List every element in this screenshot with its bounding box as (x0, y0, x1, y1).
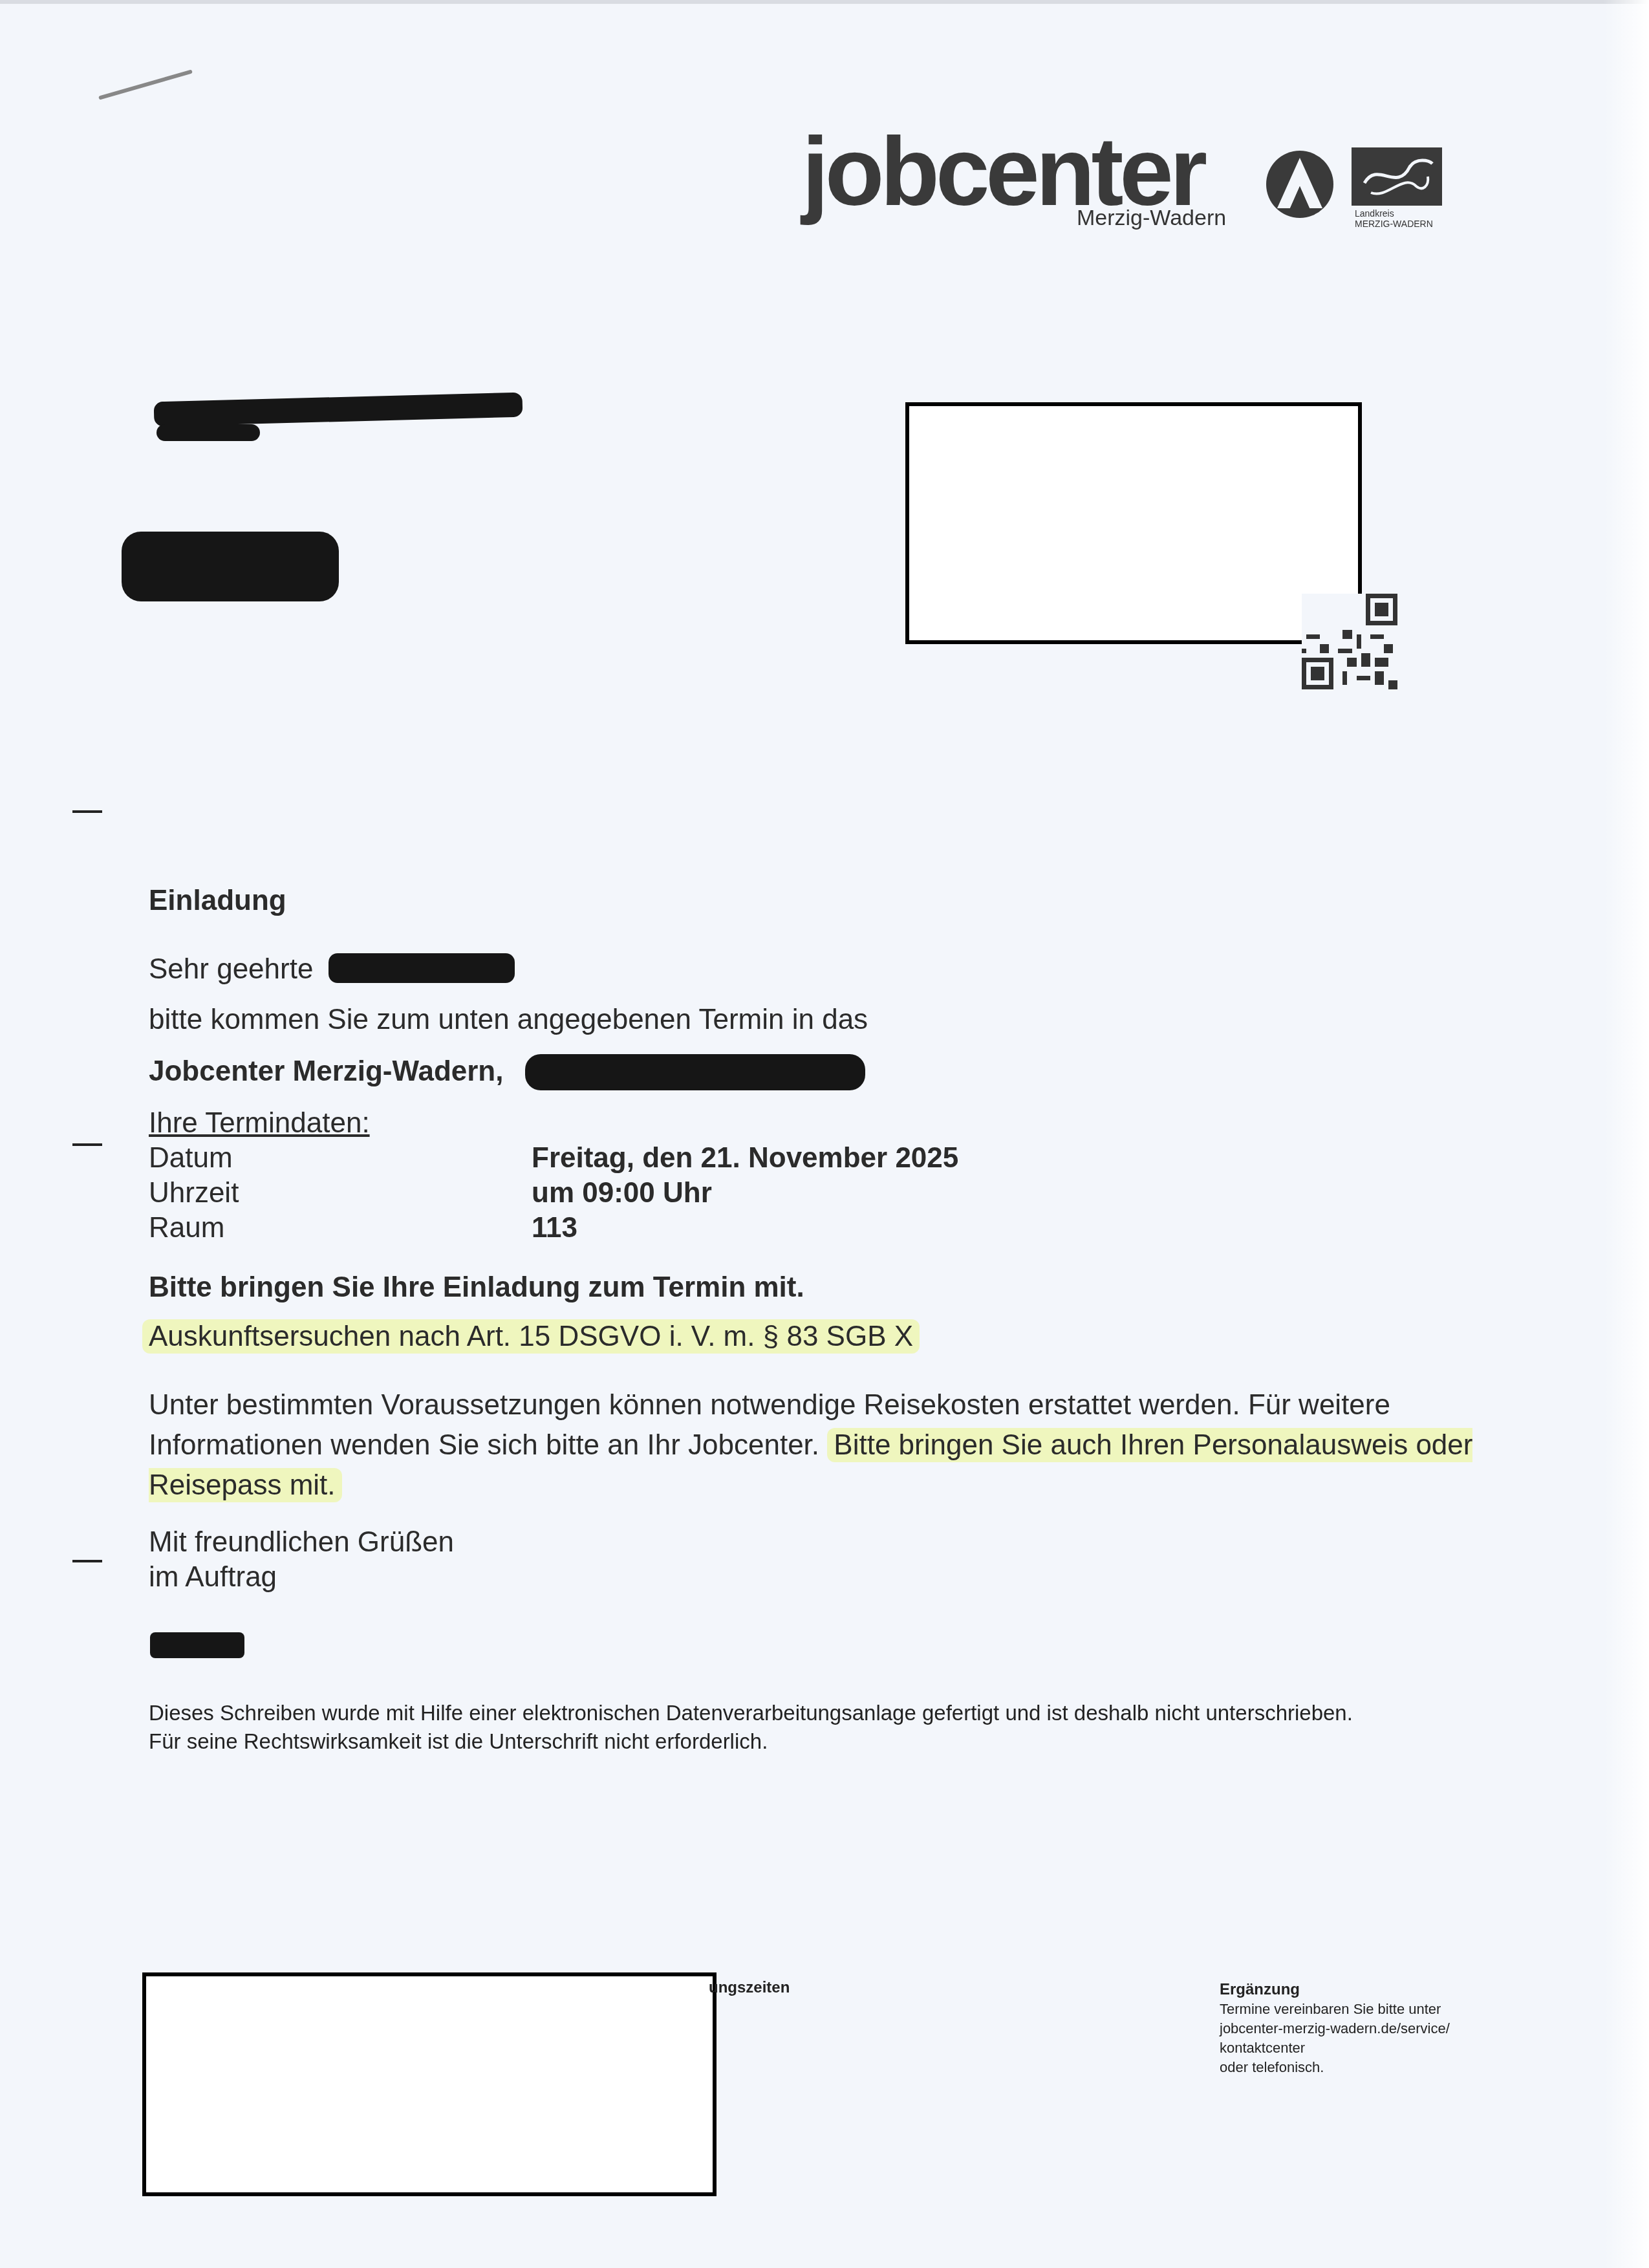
landkreis-label: Landkreis MERZIG-WADERN (1355, 208, 1433, 229)
location-line: Jobcenter Merzig-Wadern, (149, 1055, 503, 1088)
footer-supplement: Ergänzung Termine vereinbaren Sie bitte … (1220, 1980, 1450, 2077)
fold-mark-1 (72, 810, 102, 813)
pen-mark (98, 69, 193, 100)
appointment-value-date: Freitag, den 21. November 2025 (532, 1142, 958, 1174)
footer-opening-hours-heading: ungszeiten (709, 1979, 790, 1997)
redaction-recipient (122, 532, 339, 601)
scan-top-edge (0, 0, 1649, 4)
redaction-sender-line1 (154, 393, 523, 427)
arbeitsagentur-logo-icon (1264, 149, 1335, 220)
supplement-title: Ergänzung (1220, 1980, 1450, 2000)
appointment-label-room: Raum (149, 1212, 224, 1244)
redaction-signatory (150, 1632, 244, 1658)
appointment-section-title: Ihre Termindaten: (149, 1107, 370, 1139)
qr-code-icon (1302, 594, 1397, 689)
supplement-line: Termine vereinbaren Sie bitte unter (1220, 2000, 1450, 2019)
scan-right-edge (1604, 0, 1649, 2268)
body-paragraph: Unter bestimmten Voraussetzungen können … (149, 1385, 1507, 1506)
redaction-address (525, 1054, 865, 1090)
supplement-line: oder telefonisch. (1220, 2058, 1450, 2077)
closing-on-behalf: im Auftrag (149, 1561, 277, 1593)
subject-highlight: Auskunftsersuchen nach Art. 15 DSGVO i. … (142, 1319, 920, 1354)
closing-greeting: Mit freundlichen Grüßen (149, 1526, 454, 1559)
footer-blank-box (142, 1972, 717, 2196)
supplement-link[interactable]: jobcenter-merzig-wadern.de/service/ kont… (1220, 2019, 1450, 2058)
disclaimer-line-2: Für seine Rechtswirksamkeit ist die Unte… (149, 1729, 768, 1754)
salutation: Sehr geehrte (149, 953, 313, 986)
appointment-value-room: 113 (532, 1212, 577, 1244)
redaction-recipient-name (329, 953, 515, 983)
intro-text: bitte kommen Sie zum unten angegebenen T… (149, 1004, 868, 1036)
landkreis-logo-icon (1352, 147, 1442, 206)
appointment-label-date: Datum (149, 1142, 233, 1174)
appointment-label-time: Uhrzeit (149, 1177, 239, 1209)
subject-line: Auskunftsersuchen nach Art. 15 DSGVO i. … (142, 1321, 920, 1353)
bring-invitation-notice: Bitte bringen Sie Ihre Einladung zum Ter… (149, 1271, 804, 1304)
letter-heading: Einladung (149, 885, 286, 917)
redaction-sender-line2 (156, 424, 260, 441)
address-window-blank (905, 402, 1362, 644)
logo-subtitle: Merzig-Wadern (1077, 206, 1226, 231)
fold-mark-2 (72, 1143, 102, 1146)
appointment-value-time: um 09:00 Uhr (532, 1177, 712, 1209)
disclaimer-line-1: Dieses Schreiben wurde mit Hilfe einer e… (149, 1701, 1353, 1725)
fold-mark-3 (72, 1560, 102, 1562)
